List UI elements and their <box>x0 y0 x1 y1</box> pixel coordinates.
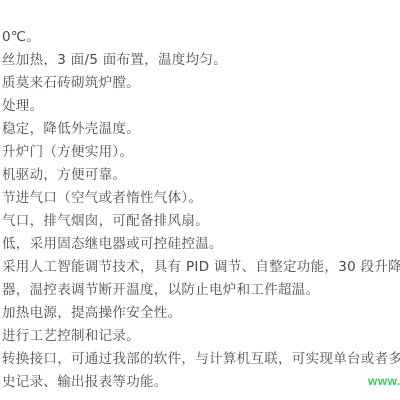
spec-text-block: 0℃。 丝加热，3 面/5 面布置，温度均匀。 质莫来石砖砌筑炉膛。 处理。 稳… <box>0 26 400 394</box>
text-line-temperature: 0℃。 <box>0 26 400 49</box>
text-line-motor-drive: 机驱动，方便可靠。 <box>0 164 400 187</box>
watermark-text: www. <box>368 374 400 388</box>
text-line-exhaust: 气口，排气烟囱，可配备排风扇。 <box>0 210 400 233</box>
text-line-heating-wire: 丝加热，3 面/5 面布置，温度均匀。 <box>0 49 400 72</box>
text-line-pid-control: 采用人工智能调节技术，具有 PID 调节、自整定功能，30 段升降温程 <box>0 256 400 279</box>
text-line-process-recording: 进行工艺控制和记录。 <box>0 325 400 348</box>
text-line-overtemp-protection: 器，温控表调节断开温度，以防止电炉和工件超温。 <box>0 279 400 302</box>
text-line-report-output: 史记录、输出报表等功能。 <box>0 371 400 394</box>
text-line-furnace-chamber: 质莫来石砖砌筑炉膛。 <box>0 72 400 95</box>
text-line-power-safety: 加热电源，提高操作安全性。 <box>0 302 400 325</box>
text-line-computer-interface: 转换接口，可通过我部的软件，与计算机互联，可实现单台或者多台 <box>0 348 400 371</box>
text-line-furnace-door: 升炉门（方便实用）。 <box>0 141 400 164</box>
text-line-treatment: 处理。 <box>0 95 400 118</box>
text-line-solid-state-relay: 低，采用固态继电器或可控硅控温。 <box>0 233 400 256</box>
text-line-air-inlet: 节进气口（空气或者惰性气体）。 <box>0 187 400 210</box>
text-line-shell-temperature: 稳定，降低外壳温度。 <box>0 118 400 141</box>
